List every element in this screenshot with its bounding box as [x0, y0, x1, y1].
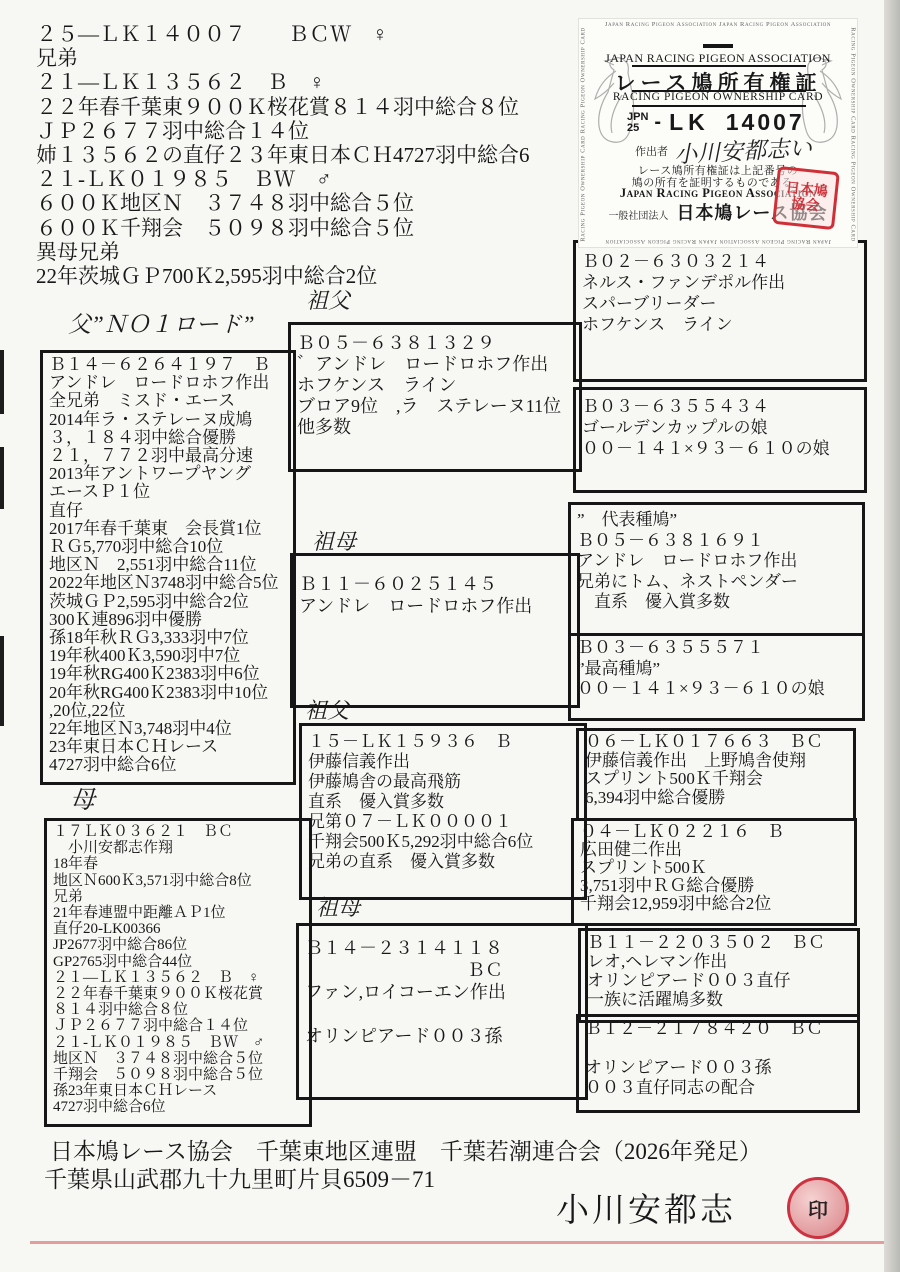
text-line: Ｂ１１－２２０３５０２ ＢＣ [587, 933, 851, 952]
text-line: 18年春 [53, 856, 303, 872]
text-line: アンドレ ロードロホフ作出 [49, 374, 287, 392]
text-line: 4727羽中総合6位 [53, 1099, 303, 1115]
text-line: 2014年ラ・ステレーヌ成鳩 [49, 411, 287, 429]
text-line: オリンピアード００３孫 [585, 1058, 851, 1078]
text-line: 千翔会12,959羽中総合2位 [580, 895, 848, 913]
text-line: 千翔会 ５０９８羽中総合５位 [53, 1067, 303, 1083]
text-line: ネルス・ファンデポル作出 [582, 272, 858, 293]
mother-box: １７ＬＫ０３６２１ ＢＣ 小川安都志作翔18年春地区Ｎ600Ｋ3,571羽中総合… [44, 818, 312, 1127]
ring-series: LK [669, 109, 710, 136]
text-line: 小川安都志作翔 [53, 840, 303, 856]
text-line: 異母兄弟 [36, 240, 530, 264]
breeder-label: 作出者 [635, 133, 668, 159]
text-line: 6,394羽中総合優勝 [585, 789, 847, 808]
text-line: 兄第０７－ＬＫ００００１ [308, 812, 578, 832]
scan-edge-gray-band [884, 0, 900, 1272]
text-line: ０６－ＬＫ０１７６６３ ＢＣ [585, 733, 847, 752]
text-line: ００－１４１×９３－６１０の娘 [577, 679, 856, 700]
maternal-grandfather-box: １５－ＬＫ１５９３６ Ｂ伊藤信義作出伊藤鳩舎の最高飛筋直系 優入賞多数兄第０７－… [299, 723, 587, 900]
text-line: ２２年春千葉東９００Ｋ桜花賞 [53, 986, 303, 1002]
text-line: 直仔 [49, 502, 287, 520]
text-line [305, 1003, 579, 1025]
text-line: Ｂ０５－６３８１６９１ [577, 531, 856, 552]
great-grandparent-box-4: Ｂ０３－６３５５５７１”最高種鳩”００－１４１×９３－６１０の娘 [568, 633, 865, 721]
text-line: 300Ｋ連896羽中優勝 [49, 611, 287, 629]
paternal-grandfather-label: 祖父 [306, 284, 350, 315]
text-line: 22年地区Ｎ3,748羽中4位 [49, 720, 287, 738]
text-line: 兄弟 [36, 46, 530, 70]
text-line: 地区Ｎ 2,551羽中総合11位 [49, 556, 287, 574]
text-line: 伊藤信義作出 [308, 752, 578, 772]
mother-label: 母 [70, 780, 95, 816]
text-line: ２１-ＬＫ０１９８５ ＢＷ ♂ [53, 1035, 303, 1051]
text-line: エースＰ１位 [49, 483, 287, 501]
text-line: Ｂ０５－６３８１３２９ [297, 333, 573, 354]
card-title-en: RACING PIGEON OWNERSHIP CARD [579, 91, 857, 103]
text-line: 兄弟の直系 優入賞多数 [308, 852, 578, 872]
text-line: ファン,ロイコーエン作出 [305, 981, 579, 1003]
text-line: ゴールデンカップルの娘 [582, 417, 858, 438]
text-line: アンドレ ロードロホフ作出 [299, 595, 571, 617]
text-line: 19年秋RG400Ｋ2383羽中6位 [49, 665, 287, 683]
paternal-grandmother-label: 祖母 [312, 525, 356, 556]
great-grandparent-box-1: Ｂ０２－６３０３２１４ネルス・ファンデポル作出スパーブリーダーホフケンス ライン [573, 240, 867, 382]
association-red-seal: 日本鳩 協会 [772, 166, 840, 230]
text-line: ２１―ＬＫ１３５６２ Ｂ ♀ [53, 970, 303, 986]
text-line: ,20位,22位 [49, 702, 287, 720]
text-line: 他多数 [297, 417, 573, 438]
great-grandparent-box-6: ０４－ＬＫ０２２１６ Ｂ広田健二作出スプリント500Ｋ3,751羽中ＲＧ総合優勝… [571, 818, 857, 926]
seal-line2: 協会 [791, 197, 820, 215]
text-line: ホフケンス ライン [582, 314, 858, 335]
text-line: 21年春連盟中距離ＡＰ1位 [53, 905, 303, 921]
scan-pink-line [30, 1241, 892, 1244]
text-line: Ｂ０２－６３０３２１４ [582, 251, 858, 272]
text-line: ２１-ＬＫ０１９８５ ＢＷ ♂ [36, 167, 530, 191]
association-jp-prefix: 一般社団法人 [608, 211, 668, 222]
text-line: Ｂ１２－２１７８４２０ ＢＣ [585, 1019, 851, 1039]
footer-address-line: 千葉県山武郡九十九里町片貝6509－71 [44, 1161, 435, 1194]
text-line: ８１４羽中総合８位 [53, 1002, 303, 1018]
ring-dash: - [654, 111, 661, 134]
text-line: ゛アンドレ ロードロホフ作出 [297, 354, 573, 375]
great-grandparent-box-2: Ｂ０３－６３５５４３４ゴールデンカップルの娘００－１４１×９３－６１０の娘 [573, 387, 867, 493]
great-grandparent-box-5: ０６－ＬＫ０１７６６３ ＢＣ伊藤信義作出 上野鳩舎使翔スプリント500Ｋ千翔会6… [576, 728, 856, 821]
text-line: 孫18年秋ＲＧ3,333羽中7位 [49, 629, 287, 647]
text-line: １７ＬＫ０３６２１ ＢＣ [53, 824, 303, 840]
owner-inkan-seal: 印 [787, 1177, 849, 1239]
text-line: ”最高種鳩” [577, 659, 856, 680]
pedigree-certificate-page: ２５―ＬＫ１４００７ ＢＣＷ ♀兄弟２１―ＬＫ１３５６２ Ｂ ♀２２年春千葉東９… [0, 0, 900, 1272]
paternal-grandfather-box: Ｂ０５－６３８１３２９゛アンドレ ロードロホフ作出ホフケンス ラインブロア9位 … [288, 322, 582, 472]
text-line: Ｂ１１－６０２５１４５ [299, 573, 571, 595]
text-line: 兄弟にトム、ネストペンダー [577, 572, 856, 593]
text-line: ００３直仔同志の配合 [585, 1078, 851, 1098]
text-line: ３，１８４羽中総合優勝 [49, 429, 287, 447]
text-line: オリンピアード００３直仔 [587, 971, 851, 990]
great-grandparent-box-7: Ｂ１１－２２０３５０２ ＢＣレオ,ヘレマン作出オリンピアード００３直仔一族に活躍… [578, 928, 860, 1023]
text-line: スプリント500Ｋ [580, 859, 848, 877]
ring-country: JPN [627, 112, 648, 123]
text-line: ＪＰ２６７７羽中総合１４位 [53, 1018, 303, 1034]
text-line: ＢＣ [305, 959, 579, 981]
text-line: 直系 優入賞多数 [308, 792, 578, 812]
ring-year: 25 [627, 123, 648, 134]
text-line: 伊藤鳩舎の最高飛筋 [308, 772, 578, 792]
text-line: ０４－ＬＫ０２２１６ Ｂ [580, 823, 848, 841]
rule [632, 105, 806, 107]
text-line: 全兄弟 ミスド・エース [49, 392, 287, 410]
text-line: ２１，７７２羽中最高分速 [49, 447, 287, 465]
text-line: 一族に活躍鳩多数 [587, 990, 851, 1009]
text-line: 22年茨城ＧＰ700Ｋ2,595羽中総合2位 [36, 264, 530, 288]
text-line: ＪＰ２６７７羽中総合１４位 [36, 119, 530, 143]
text-line: ２５―ＬＫ１４００７ ＢＣＷ ♀ [36, 22, 530, 46]
text-line: 伊藤信義作出 上野鳩舎使翔 [585, 752, 847, 771]
scan-edge-mark [0, 447, 4, 509]
scan-edge-mark [0, 350, 4, 414]
text-line: ホフケンス ライン [297, 375, 573, 396]
text-line: 4727羽中総合6位 [49, 756, 287, 774]
text-line: Ｂ０３－６３５５５７１ [577, 638, 856, 659]
maternal-grandmother-box: Ｂ１４－２３１４１１８ ＢＣファン,ロイコーエン作出 オリンピアード００３孫 [296, 923, 588, 1100]
text-line: ６００Ｋ地区Ｎ ３７４８羽中総合５位 [36, 191, 530, 215]
text-line: ＲＧ5,770羽中総合10位 [49, 538, 287, 556]
text-line: スプリント500Ｋ千翔会 [585, 770, 847, 789]
text-line: 広田健二作出 [580, 841, 848, 859]
text-line: ブロア9位 ,ラ ステレーヌ11位 [297, 396, 573, 417]
text-line: ２１―ＬＫ１３５６２ Ｂ ♀ [36, 70, 530, 94]
owner-name: 小川安都志 [556, 1184, 736, 1231]
text-line: 2022年地区Ｎ3748羽中総合5位 [49, 574, 287, 592]
text-line: Ｂ１４－２３１４１１８ [305, 937, 579, 959]
text-line: 兄弟 [53, 889, 303, 905]
text-line: Ｂ０３－６３５５４３４ [582, 396, 858, 417]
text-line: 直系 優入賞多数 [577, 592, 856, 613]
text-line: ” 代表種鳩” [577, 510, 856, 531]
text-line: 3,751羽中ＲＧ総合優勝 [580, 877, 848, 895]
scan-edge-mark [0, 636, 4, 726]
decorative-bar [703, 44, 733, 48]
card-border-text-top: Japan Racing Pigeon Association Japan Ra… [579, 21, 857, 28]
text-line: 2013年アントワープヤング [49, 465, 287, 483]
text-line: GP2765羽中総合44位 [53, 954, 303, 970]
text-line: 23年東日本ＣＨレース [49, 738, 287, 756]
text-line: ００－１４１×９３－６１０の娘 [582, 438, 858, 459]
text-line: 地区Ｎ ３７４８羽中総合５位 [53, 1051, 303, 1067]
father-label: 父”ＮＯ１ロード” [68, 306, 255, 339]
text-line: アンドレ ロードロホフ作出 [577, 551, 856, 572]
text-line: ２２年春千葉東９００Ｋ桜花賞８１４羽中総合８位 [36, 95, 530, 119]
text-line: Ｂ１４－６２６４１９７ Ｂ [49, 356, 287, 374]
inkan-character: 印 [808, 1194, 828, 1223]
father-box: Ｂ１４－６２６４１９７ Ｂアンドレ ロードロホフ作出全兄弟 ミスド・エース201… [40, 350, 296, 785]
ownership-card: Japan Racing Pigeon Association Japan Ra… [578, 18, 858, 248]
text-line: 直仔20-LK00366 [53, 921, 303, 937]
paternal-grandmother-box: Ｂ１１－６０２５１４５アンドレ ロードロホフ作出 [290, 553, 580, 708]
text-line [585, 1039, 851, 1059]
text-line: 20年秋RG400Ｋ2383羽中10位 [49, 684, 287, 702]
text-line: レオ,ヘレマン作出 [587, 952, 851, 971]
ring-country-year: JPN 25 [627, 112, 648, 134]
text-line: スパーブリーダー [582, 293, 858, 314]
text-line: 姉１３５６２の直仔２３年東日本ＣＨ4727羽中総合6 [36, 143, 530, 167]
great-grandparent-box-3: ” 代表種鳩”Ｂ０５－６３８１６９１アンドレ ロードロホフ作出兄弟にトム、ネスト… [568, 502, 865, 636]
text-line: 2017年春千葉東 会長賞1位 [49, 520, 287, 538]
text-line: 19年秋400Ｋ3,590羽中7位 [49, 647, 287, 665]
text-line: 孫23年東日本ＣＨレース [53, 1083, 303, 1099]
text-line: １５－ＬＫ１５９３６ Ｂ [308, 732, 578, 752]
great-grandparent-box-8: Ｂ１２－２１７８４２０ ＢＣ オリンピアード００３孫００３直仔同志の配合 [576, 1014, 860, 1113]
text-line: ６００Ｋ千翔会 ５０９８羽中総合５位 [36, 216, 530, 240]
card-association-en: JAPAN RACING PIGEON ASSOCIATION [579, 51, 857, 66]
text-line: JP2677羽中総合86位 [53, 937, 303, 953]
text-line: オリンピアード００３孫 [305, 1025, 579, 1047]
text-line: 地区Ｎ600Ｋ3,571羽中総合8位 [53, 873, 303, 889]
subject-info-block: ２５―ＬＫ１４００７ ＢＣＷ ♀兄弟２１―ＬＫ１３５６２ Ｂ ♀２２年春千葉東９… [36, 22, 530, 288]
card-border-text-bottom: Japan Racing Pigeon Association Japan Ra… [579, 238, 857, 245]
text-line: 千翔会500Ｋ5,292羽中総合6位 [308, 832, 578, 852]
text-line: 茨城ＧＰ2,595羽中総合2位 [49, 593, 287, 611]
